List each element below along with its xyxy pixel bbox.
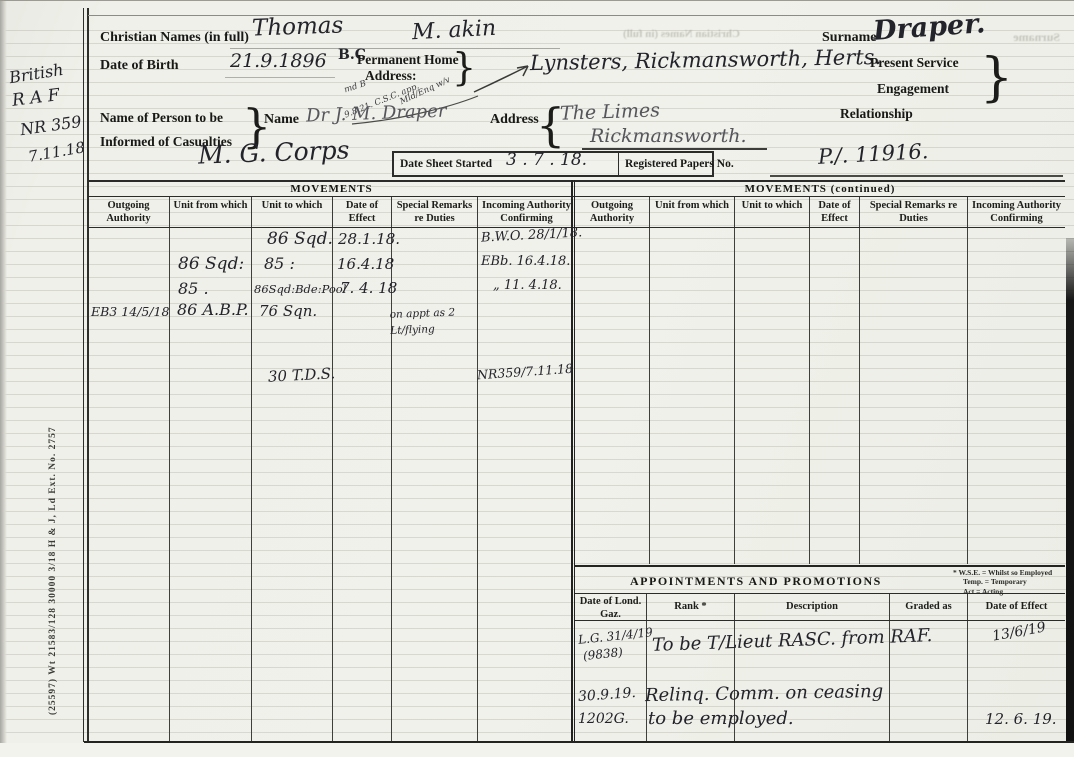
movements-continued-body [575, 228, 1065, 564]
margin-note-nr359: NR 359 [19, 114, 82, 138]
ghost-surname: Surname [990, 30, 1060, 45]
mv-row4-to: 76 Sqn. [259, 304, 317, 319]
body2-col-4 [810, 228, 860, 564]
date-sheet-label: Date Sheet Started [400, 158, 492, 170]
body2-col-3 [735, 228, 810, 564]
margin-divider-outer [83, 8, 84, 742]
ghost-christian-names: Christian Names (in full) [580, 28, 740, 40]
movements-continued-header-row: Outgoing Authority Unit from which Unit … [575, 197, 1065, 228]
note-act: Act = Acting [953, 587, 1052, 596]
relationship-label: Relationship [840, 106, 913, 122]
surname-label: Surname [822, 30, 876, 46]
note-wse: * W.S.E. = Whilst so Employed [953, 568, 1052, 577]
col-rank: Rank * [647, 594, 735, 620]
registered-papers-underline [770, 175, 1063, 177]
col2-special-remarks: Special Remarks re Duties [860, 197, 968, 227]
appointments-notes: * W.S.E. = Whilst so Employed Temp. = Te… [953, 568, 1052, 596]
mv-row1-date: 28.1.18. [338, 232, 400, 247]
scan-right-edge [1066, 238, 1074, 757]
person-informed-label-1: Name of Person to be [100, 110, 223, 126]
present-service-brace: } [980, 52, 1013, 104]
col-date-of-effect: Date of Effect [333, 197, 392, 227]
apt-row2-desc-2: to be employed. [648, 710, 794, 728]
note-temp: Temp. = Temporary [953, 577, 1052, 586]
appointments-title: APPOINTMENTS AND PROMOTIONS [630, 574, 882, 589]
mv-row3-incoming: „ 11. 4.18. [493, 279, 562, 292]
printer-code: (25597) Wt 21583/128 30000 3/18 H & J, L… [48, 385, 58, 715]
date-sheet-box-divider [618, 153, 619, 175]
movements-continued-title: MOVEMENTS (continued) [575, 180, 1065, 197]
mv-row2-from: 86 Sqd: [178, 256, 244, 273]
col-special-remarks: Special Remarks re Duties [392, 197, 478, 227]
col2-unit-from: Unit from which [650, 197, 735, 227]
mv-row3-to: 86Sqd:Bde:Pool [254, 284, 346, 296]
mv-row4-remarks: on appt as 2 Lt/flying [389, 304, 495, 339]
body2-col-2 [650, 228, 735, 564]
bottom-paper-strip [0, 743, 1074, 757]
permanent-home-address-label: Address: [365, 68, 417, 84]
mv-row2-incoming: EBb. 16.4.18. [481, 255, 570, 268]
christian-names-rule [230, 48, 560, 49]
name-label: Name [264, 112, 299, 128]
col-unit-to: Unit to which [252, 197, 333, 227]
christian-names-value-2: M. akin [411, 18, 496, 44]
address-value-2: Rickmansworth. [590, 127, 747, 146]
body2-col-6 [968, 228, 1065, 564]
mv-row3-date: 7. 4. 18 [340, 281, 397, 296]
margin-note-raf: R A F [11, 87, 60, 110]
christian-names-label: Christian Names (in full) [100, 30, 249, 46]
registered-papers-label: Registered Papers No. [625, 158, 734, 170]
movements-header-row: Outgoing Authority Unit from which Unit … [88, 197, 575, 228]
present-service-label: Present Service [870, 55, 959, 71]
col2-date-of-effect: Date of Effect [810, 197, 860, 227]
apt-row2-gazette-1: 30.9.19. [578, 686, 637, 704]
scan-top-edge [0, 0, 1074, 1]
apt-row2-gazette-2: 1202G. [578, 712, 629, 726]
permanent-home-label: Permanent Home [357, 52, 459, 68]
corps-value: M. G. Corps [198, 137, 350, 167]
margin-note-date: 7.11.18 [27, 140, 86, 165]
col2-unit-to: Unit to which [735, 197, 810, 227]
mv-row5-to: 30 T.D.S. [268, 366, 336, 384]
movements-continued-table: MOVEMENTS (continued) Outgoing Authority… [575, 180, 1065, 565]
col-incoming-authority: Incoming Authority Confirming [478, 197, 575, 227]
margin-note-british: British [8, 62, 64, 86]
col2-incoming-authority: Incoming Authority Confirming [968, 197, 1065, 227]
date-of-birth-label: Date of Birth [100, 58, 179, 74]
address-value-1: The Limes [560, 101, 661, 123]
mv-row2-to: 85 : [264, 256, 295, 272]
apt-row2-desc-1: Relinq. Comm. on ceasing [645, 683, 883, 705]
apt-row2-effect: 12. 6. 19. [985, 712, 1057, 727]
col-lond-gaz: Date of Lond. Gaz. [575, 594, 647, 620]
mv-row1-to: 86 Sqd. [267, 231, 333, 248]
registered-papers-value: P./. 11916. [818, 141, 929, 168]
col-outgoing-authority: Outgoing Authority [88, 197, 170, 227]
mv-row2-date: 16.4.18 [337, 257, 394, 272]
mv-row3-from: 85 . [178, 281, 209, 297]
date-sheet-value: 3 . 7 . 18. [506, 152, 587, 169]
address-underline [582, 148, 767, 150]
appointments-header-row: Date of Lond. Gaz. Rank * Description Gr… [575, 594, 1065, 621]
address-label: Address [490, 112, 539, 128]
mv-row4-outgoing: EB3 14/5/18 [91, 306, 169, 319]
engagement-label: Engagement [877, 81, 949, 97]
mv-row4-from: 86 A.B.P. [177, 302, 249, 318]
name-value: Dr J. M. Draper [306, 103, 447, 126]
scan-left-edge [0, 0, 7, 757]
date-of-birth-rule [225, 77, 335, 78]
body-col-4 [333, 228, 392, 741]
col-graded-as: Graded as [890, 594, 968, 620]
home-address-value: Lynsters, Rickmansworth, Herts. [530, 47, 881, 74]
appointments-title-row: APPOINTMENTS AND PROMOTIONS * W.S.E. = W… [575, 567, 1065, 594]
body2-col-5 [860, 228, 968, 564]
col2-outgoing-authority: Outgoing Authority [575, 197, 650, 227]
col-apt-date-of-effect: Date of Effect [968, 594, 1065, 620]
surname-value: Draper. [872, 10, 986, 45]
service-record-sheet: British R A F NR 359 7.11.18 (25597) Wt … [0, 0, 1074, 757]
col-description: Description [735, 594, 890, 620]
movements-title: MOVEMENTS [88, 180, 575, 197]
body2-col-1 [575, 228, 650, 564]
christian-names-value-1: Thomas [252, 14, 344, 40]
date-of-birth-value: 21.9.1896 [230, 52, 327, 71]
col-unit-from: Unit from which [170, 197, 252, 227]
